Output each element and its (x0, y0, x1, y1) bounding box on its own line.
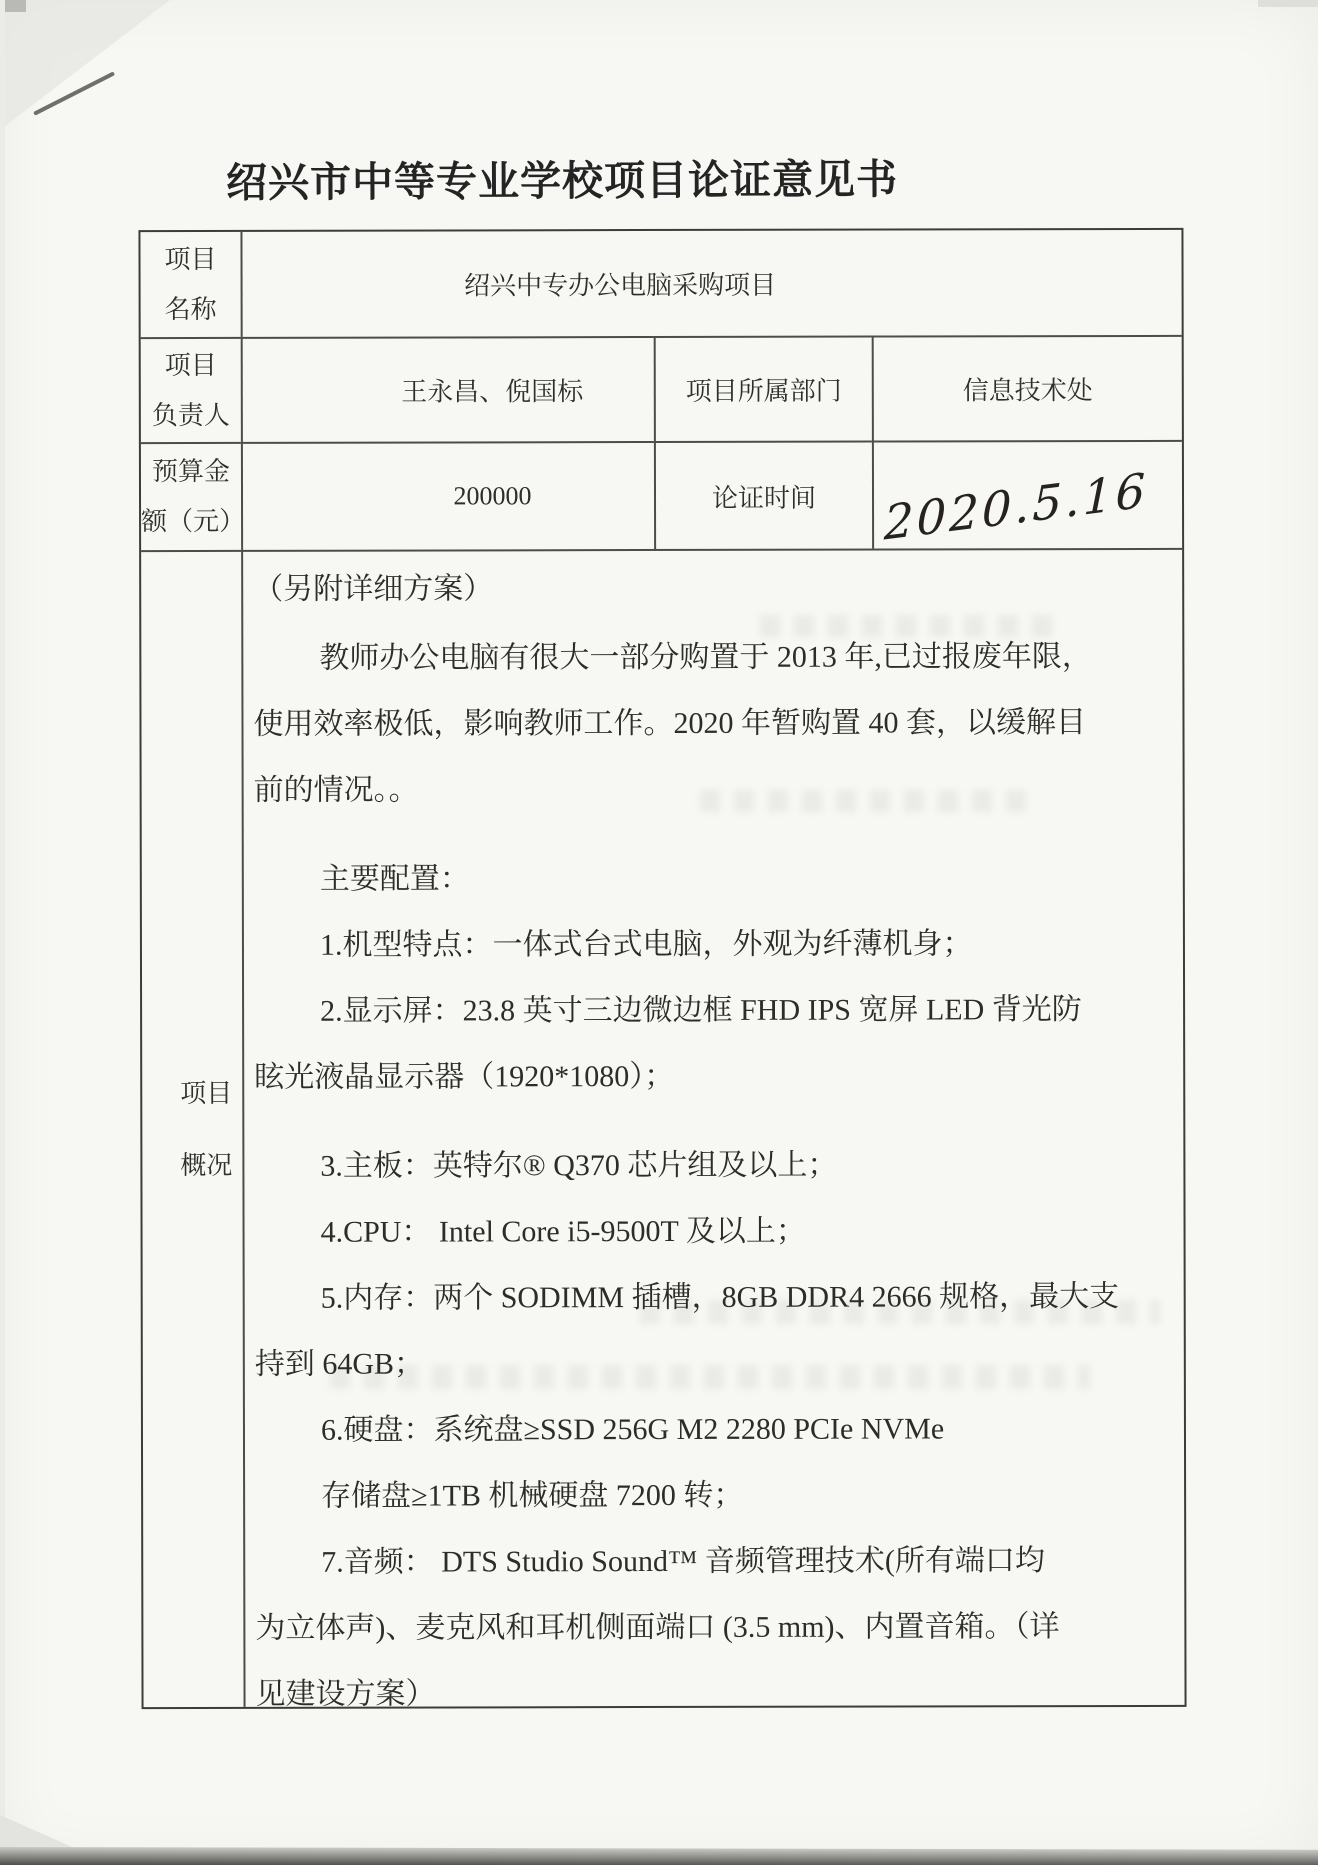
overview-label-line2: 概况 (180, 1140, 232, 1190)
overview-line: 3.主板：英特尔® Q370 芯片组及以上； (254, 1128, 1177, 1196)
budget-label-line2: 额（元） (141, 497, 241, 547)
overview-line: 前的情况。。 (254, 752, 1177, 820)
project-name-cell: 绍兴中专办公电脑采购项目 (240, 230, 1181, 337)
project-leader-label-line1: 项目 (165, 340, 217, 390)
document-title: 绍兴市中等专业学校项目论证意见书 (192, 146, 932, 209)
overview-line: 5.内存：两个 SODIMM 插槽，8GB DDR4 2666 规格，最大支 (255, 1260, 1178, 1328)
overview-paragraphs: 教师办公电脑有很大一部分购置于 2013 年,已过报废年限，使用效率极低，影响教… (253, 620, 1178, 1724)
overview-line: 7.音频： DTS Studio Sound™ 音频管理技术(所有端口均 (255, 1524, 1178, 1592)
department-value: 信息技术处 (963, 370, 1093, 407)
overview-line: 1.机型特点：一体式台式电脑，外观为纤薄机身； (254, 907, 1177, 975)
overview-line: 6.硬盘：系统盘≥SSD 256G M2 2280 PCIe NVMe (255, 1392, 1178, 1460)
scan-edge-shadow (0, 0, 5, 1865)
project-leader-label-line2: 负责人 (152, 390, 230, 440)
scan-edge-mark (1258, 0, 1318, 7)
budget-value-cell: 200000 (241, 441, 654, 550)
overview-line: 见建设方案） (255, 1656, 1178, 1724)
overview-line: 为立体声)、麦克风和耳机侧面端口 (3.5 mm)、内置音箱。（详 (255, 1590, 1178, 1658)
overview-note: （另附详细方案） (253, 563, 493, 608)
overview-label: 项目 概况 (141, 550, 243, 1707)
overview-line: 教师办公电脑有很大一部分购置于 2013 年,已过报废年限， (253, 620, 1176, 688)
overview-line: 4.CPU： Intel Core i5-9500T 及以上； (254, 1194, 1177, 1262)
review-time-label-cell: 论证时间 (654, 441, 872, 549)
overview-line: 持到 64GB； (255, 1326, 1178, 1394)
department-label-cell: 项目所属部门 (654, 336, 872, 441)
department-value-cell: 信息技术处 (872, 335, 1182, 441)
project-leader-value: 王永昌、倪国标 (401, 371, 583, 408)
scan-bottom-edge (0, 1847, 1318, 1865)
overview-line: 使用效率极低，影响教师工作。2020 年暂购置 40 套，以缓解目 (253, 686, 1176, 754)
project-name-label-line1: 项目 (164, 234, 216, 284)
overview-line: 存储盘≥1TB 机械硬盘 7200 转； (255, 1458, 1178, 1526)
overview-line: 眩光液晶显示器（1920*1080）； (254, 1039, 1177, 1107)
project-name-value: 绍兴中专办公电脑采购项目 (464, 265, 776, 303)
scan-corner-shadow (0, 0, 170, 130)
project-leader-label: 项目 负责人 (141, 337, 241, 442)
project-name-label-line2: 名称 (165, 284, 217, 334)
budget-label-line1: 预算金 (152, 447, 230, 497)
scanned-document-page: 绍兴市中等专业学校项目论证意见书 项目 名称 绍兴中专办公电脑采购项目 项目 负… (0, 0, 1318, 1865)
review-time-value-cell: 2020.5.16 (872, 440, 1182, 549)
budget-value: 200000 (453, 481, 531, 511)
overview-content-cell: （另附详细方案） 教师办公电脑有很大一部分购置于 2013 年,已过报废年限，使… (241, 548, 1184, 1707)
project-leader-cell: 王永昌、倪国标 (241, 336, 654, 442)
overview-line: 2.显示屏：23.8 英寸三边微边框 FHD IPS 宽屏 LED 背光防 (254, 973, 1177, 1041)
project-name-label: 项目 名称 (140, 232, 240, 337)
review-time-label: 论证时间 (712, 477, 816, 514)
review-time-handwritten-date: 2020.5.16 (883, 463, 1148, 552)
department-label: 项目所属部门 (686, 371, 842, 408)
overview-label-line1: 项目 (180, 1068, 232, 1118)
form-table: 项目 名称 绍兴中专办公电脑采购项目 项目 负责人 王永昌、倪国标 项目所属部门… (138, 228, 1186, 1709)
budget-label: 预算金 额（元） (141, 442, 241, 550)
overview-line: 主要配置： (254, 841, 1177, 909)
